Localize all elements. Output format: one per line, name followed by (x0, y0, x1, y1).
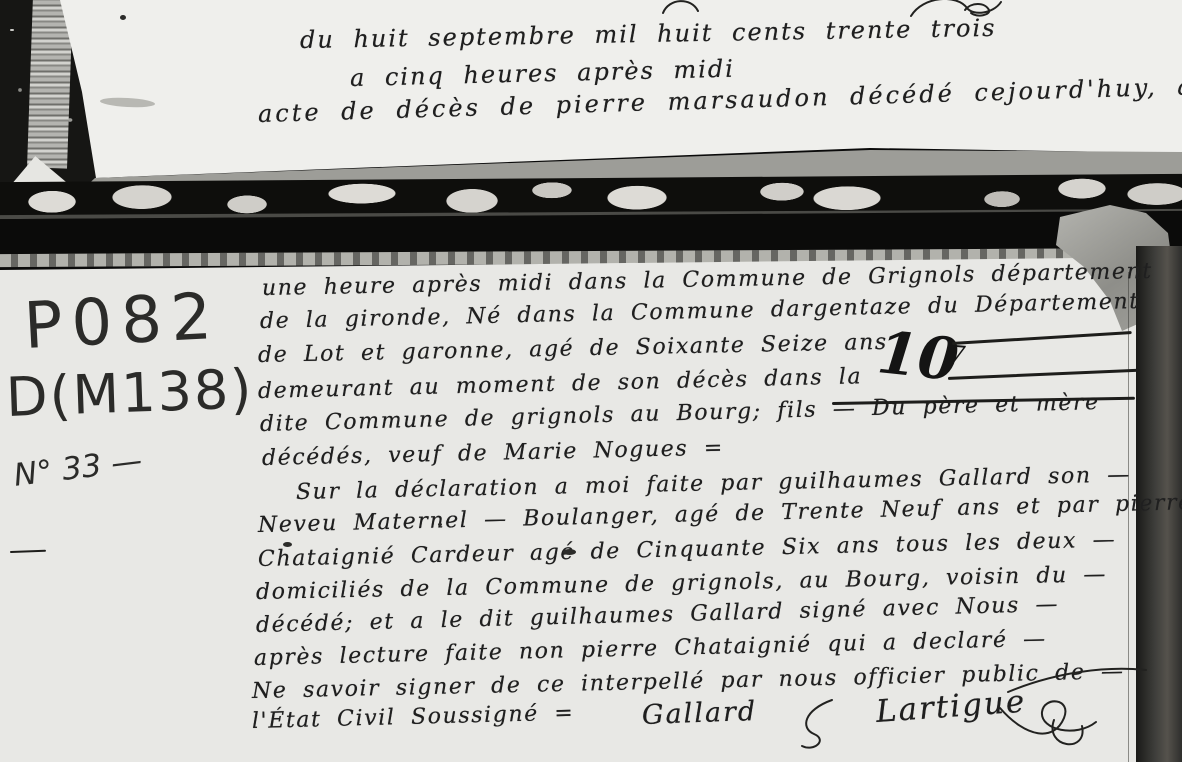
inserted-number: 10 (874, 318, 961, 394)
ink-speck (438, 523, 442, 526)
ink-speck (283, 542, 292, 547)
gallard-paraph-icon (792, 694, 838, 754)
cutoff-flourish-icon (660, 0, 702, 14)
lartigue-paraph-icon (996, 660, 1156, 760)
margin-code-bottom: D(M138) (5, 357, 254, 429)
ink-speck (120, 15, 126, 20)
signature-gallard: Gallard (641, 696, 757, 731)
scanned-death-record: du huit septembre mil huit cents trente … (0, 0, 1182, 762)
margin-code-top: P082 (22, 280, 222, 364)
ink-speck (563, 549, 576, 555)
